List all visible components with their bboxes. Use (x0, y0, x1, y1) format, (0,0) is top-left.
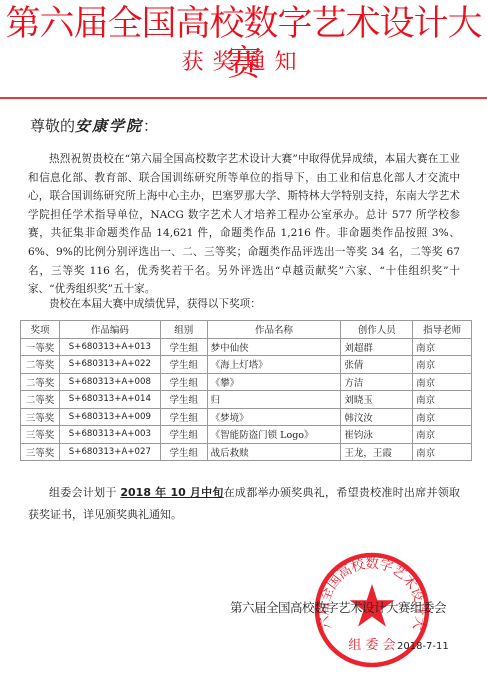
header-group: 组别 (160, 321, 207, 339)
signature-organization: 第六届全国高校数字艺术设计大赛组委会 (230, 598, 446, 616)
table-row: 三等奖 S+680313+A+027 学生组 战后救赎 王龙，王霞 南京 (21, 443, 472, 461)
advisor-cell: 南京 (413, 443, 472, 461)
creators-cell: 刘超群 (341, 338, 413, 356)
award-cell: 二等奖 (21, 391, 60, 409)
award-cell: 二等奖 (21, 356, 60, 374)
code-cell: S+680313+A+008 (59, 373, 160, 391)
creators-cell: 韩汶汝 (341, 408, 413, 426)
group-cell: 学生组 (160, 391, 207, 409)
code-cell: S+680313+A+013 (59, 338, 160, 356)
advisor-cell: 南京 (413, 356, 472, 374)
group-cell: 学生组 (160, 373, 207, 391)
table-row: 二等奖 S+680313+A+014 学生组 归 刘晓玉 南京 (21, 391, 472, 409)
ceremony-prefix: 组委会计划于 (49, 486, 120, 499)
code-cell: S+680313+A+022 (59, 356, 160, 374)
intro-paragraph: 热烈祝贺贵校在“第六届全国高校数字艺术设计大赛”中取得优异成绩，本届大赛在工业和… (28, 150, 460, 299)
table-row: 二等奖 S+680313+A+008 学生组 《攀》 方洁 南京 (21, 373, 472, 391)
award-cell: 一等奖 (21, 338, 60, 356)
header-code: 作品编码 (59, 321, 160, 339)
advisor-cell: 南京 (413, 391, 472, 409)
award-cell: 二等奖 (21, 373, 60, 391)
award-cell: 三等奖 (21, 443, 60, 461)
header-advisor: 指导老师 (413, 321, 472, 339)
award-cell: 三等奖 (21, 426, 60, 444)
award-cell: 三等奖 (21, 408, 60, 426)
greeting: 尊敬的安康学院： (30, 116, 158, 136)
header-divider (0, 97, 487, 99)
greeting-suffix: ： (143, 117, 158, 135)
table-row: 三等奖 S+680313+A+003 学生组 《智能防盗门锁 Logo》 崔钧泳… (21, 426, 472, 444)
group-cell: 学生组 (160, 408, 207, 426)
creators-cell: 张倩 (341, 356, 413, 374)
greeting-prefix: 尊敬的 (30, 117, 75, 135)
work-name-cell: 归 (207, 391, 341, 409)
header-creators: 创作人员 (341, 321, 413, 339)
school-name: 安康学院 (75, 117, 143, 135)
creators-cell: 王龙，王霞 (341, 443, 413, 461)
work-name-cell: 《海上灯塔》 (207, 356, 341, 374)
creators-cell: 刘晓玉 (341, 391, 413, 409)
table-header-row: 奖项 作品编码 组别 作品名称 创作人员 指导老师 (21, 321, 472, 339)
table-row: 二等奖 S+680313+A+022 学生组 《海上灯塔》 张倩 南京 (21, 356, 472, 374)
group-cell: 学生组 (160, 426, 207, 444)
group-cell: 学生组 (160, 443, 207, 461)
code-cell: S+680313+A+003 (59, 426, 160, 444)
code-cell: S+680313+A+009 (59, 408, 160, 426)
advisor-cell: 南京 (413, 426, 472, 444)
creators-cell: 方洁 (341, 373, 413, 391)
table-row: 一等奖 S+680313+A+013 学生组 梦中仙侠 刘超群 南京 (21, 338, 472, 356)
work-name-cell: 《梦境》 (207, 408, 341, 426)
group-cell: 学生组 (160, 338, 207, 356)
awards-table: 奖项 作品编码 组别 作品名称 创作人员 指导老师 一等奖 S+680313+A… (20, 320, 472, 461)
ceremony-paragraph: 组委会计划于 2018 年 10 月中旬在成都举办颁奖典礼，希望贵校准时出席并领… (28, 482, 460, 526)
table-row: 三等奖 S+680313+A+009 学生组 《梦境》 韩汶汝 南京 (21, 408, 472, 426)
work-name-cell: 《攀》 (207, 373, 341, 391)
awards-intro-paragraph: 贵校在本届大赛中成绩优异，获得以下奖项： (28, 295, 460, 314)
advisor-cell: 南京 (413, 373, 472, 391)
advisor-cell: 南京 (413, 338, 472, 356)
ceremony-date: 2018 年 10 月中旬 (120, 486, 223, 499)
work-name-cell: 《智能防盗门锁 Logo》 (207, 426, 341, 444)
header-work-name: 作品名称 (207, 321, 341, 339)
signature-date: 2018-7-11 (397, 641, 449, 652)
creators-cell: 崔钧泳 (341, 426, 413, 444)
work-name-cell: 梦中仙侠 (207, 338, 341, 356)
code-cell: S+680313+A+014 (59, 391, 160, 409)
seal-bottom-text: 组 委 会 (348, 638, 395, 653)
work-name-cell: 战后救赎 (207, 443, 341, 461)
header-award: 奖项 (21, 321, 60, 339)
group-cell: 学生组 (160, 356, 207, 374)
code-cell: S+680313+A+027 (59, 443, 160, 461)
document-subtitle: 获奖通知 (0, 48, 487, 78)
advisor-cell: 南京 (413, 408, 472, 426)
